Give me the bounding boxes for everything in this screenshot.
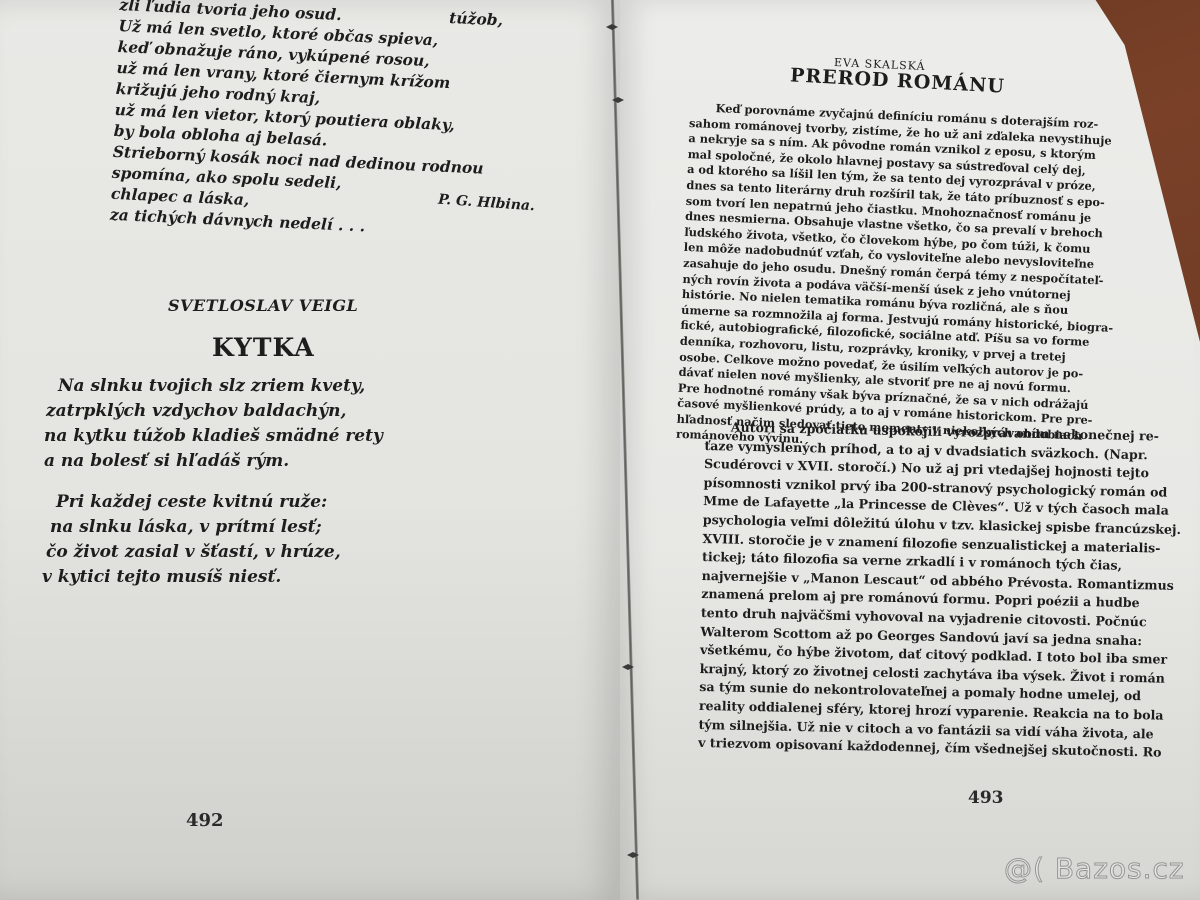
bazos-watermark: @( Bazos.cz [1004, 852, 1185, 885]
poem-author: SVETLOSLAV VEIGL [168, 296, 358, 315]
stanza-line: na slnku láska, v prítmí lesť; [40, 515, 341, 540]
stanza-line: Na slnku tvojich slz zriem kvety, [44, 374, 383, 399]
poem-line-fragment: túžob, [449, 7, 504, 30]
stanza-line: na kytku túžob kladieš smädné rety [44, 424, 383, 449]
page-number-left: 492 [186, 810, 224, 831]
stanza-line: Pri každej ceste kvitnú ruže: [40, 490, 341, 515]
left-page: zli ľudia tvoria jeho osud. Už má len sv… [0, 0, 620, 900]
essay-paragraph-2: Autori sa zpočiatku uspokojili vyrozpráv… [698, 418, 1200, 763]
poem-title: KYTKA [212, 333, 315, 362]
stanza-1: Na slnku tvojich slz zriem kvety, zatrpk… [44, 374, 383, 474]
stanza-line: zatrpklých vzdychov baldachýn, [44, 399, 383, 424]
stanza-line: čo život zasial v šťastí, v hrúze, [40, 540, 341, 565]
essay-paragraph-1: Keď porovnáme zvyčajnú definíciu románu … [676, 100, 1160, 462]
stanza-line: v kytici tejto musíš niesť. [40, 565, 341, 590]
page-number-right: 493 [968, 788, 1004, 808]
stanza-2: Pri každej ceste kvitnú ruže: na slnku l… [40, 490, 341, 590]
stanza-line: a na bolesť si hľadáš rým. [44, 449, 383, 474]
